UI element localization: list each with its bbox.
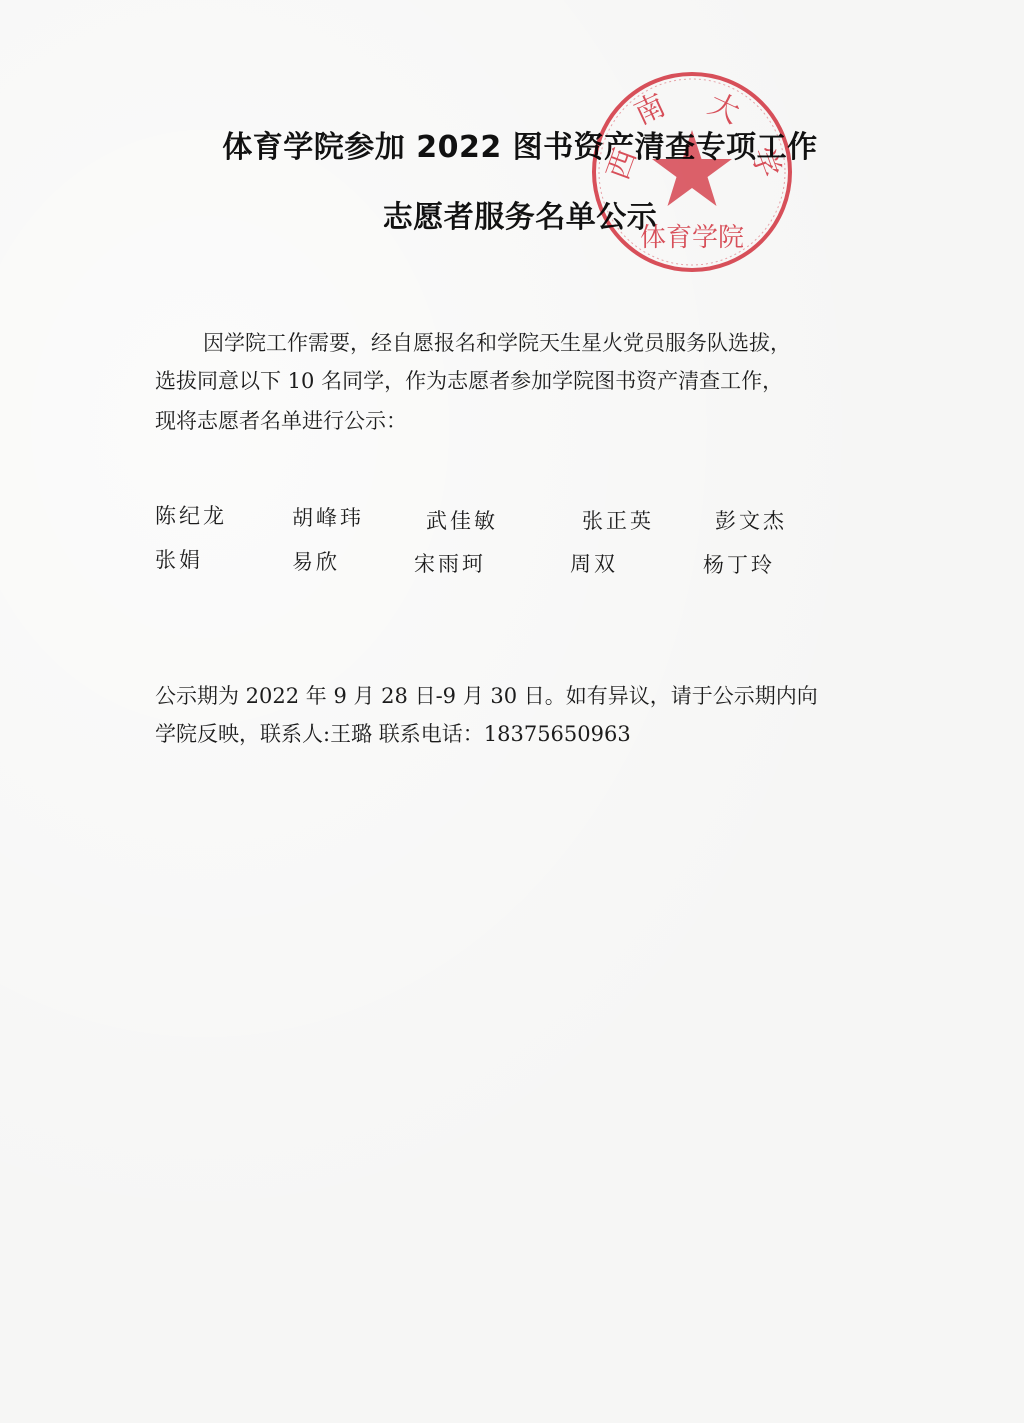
notice-line-1: 公示期为 2022 年 9 月 28 日-9 月 30 日。如有异议，请于公示期… [155, 678, 895, 714]
document-page: 体育学院参加 2022 图书资产清查专项工作 志愿者服务名单公示 西 南 大 学… [0, 0, 1024, 1423]
volunteer-name: 张正英 [582, 505, 654, 535]
stamp-char-xue: 学 [743, 142, 786, 182]
volunteer-name: 宋雨珂 [414, 548, 486, 578]
volunteer-name: 张娟 [155, 544, 203, 574]
star-icon [652, 130, 732, 206]
stamp-department: 体育学院 [640, 223, 744, 253]
volunteer-name: 杨丁玲 [703, 549, 775, 579]
intro-line-1: 因学院工作需要，经自愿报名和学院天生星火党员服务队选拔， [155, 325, 895, 361]
volunteer-name: 易欣 [292, 546, 340, 576]
intro-line-2: 选拔同意以下 10 名同学，作为志愿者参加学院图书资产清查工作， [155, 363, 895, 399]
stamp-char-xi: 西 [601, 144, 644, 184]
notice-line-2: 学院反映，联系人:王璐 联系电话：18375650963 [155, 716, 895, 752]
document-title-line-2: 志愿者服务名单公示 [0, 192, 1024, 236]
intro-paragraph: 因学院工作需要，经自愿报名和学院天生星火党员服务队选拔， 选拔同意以下 10 名… [155, 325, 895, 439]
volunteer-name: 彭文杰 [715, 505, 787, 535]
notice-paragraph: 公示期为 2022 年 9 月 28 日-9 月 30 日。如有异议，请于公示期… [155, 678, 895, 752]
volunteer-name: 胡峰玮 [292, 502, 364, 532]
stamp-char-da: 大 [703, 86, 745, 130]
intro-line-3: 现将志愿者名单进行公示： [155, 403, 895, 439]
document-title-line-1: 体育学院参加 2022 图书资产清查专项工作 [0, 122, 1024, 166]
volunteer-name: 周双 [570, 548, 618, 578]
volunteer-name: 陈纪龙 [155, 500, 227, 530]
volunteer-name: 武佳敏 [426, 505, 498, 535]
official-seal-stamp: 西 南 大 学 体育学院 [588, 68, 796, 276]
